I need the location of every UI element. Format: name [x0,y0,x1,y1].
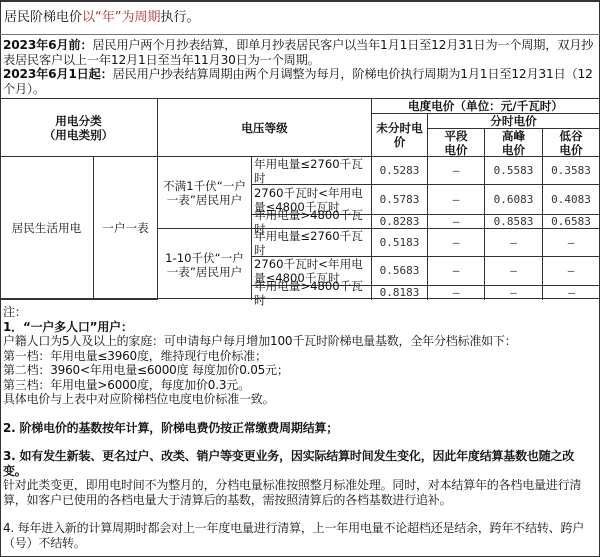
non-tou-price: 0.5683 [372,257,428,286]
title-highlight: 以“年”为周期 [82,10,160,25]
note-3-title: 3. 如有发生新装、更名过户、改类、销户等变更业务，因实际结算时间发生变化，因此… [3,449,597,478]
valley-price: 0.6583 [543,215,600,229]
title-text: 居民阶梯电价 [4,10,82,25]
intro-text: 居民用户两个月抄表结算，即单月抄表居民客户以当年1月1日至12月31日为一个周期… [3,38,593,67]
valley-price: — [543,257,600,286]
flat-price: — [428,257,485,286]
note-4: 4. 每年进入新的计算周期时都会对上一年度电量进行清算，上一年用电量不论超档还是… [3,521,597,550]
voltage-group-1: 不满1千伏“一户一表”居民用户 [158,157,252,229]
non-tou-price: 0.8283 [372,215,428,229]
peak-price: 0.8583 [485,215,543,229]
spacer [3,407,597,421]
subcategory-cell: 一户一表 [94,157,158,300]
note-2: 2. 阶梯电价的基数按年计算，阶梯电费仍按正常缴费周期结算； [3,421,597,436]
flat-price: — [428,215,485,229]
valley-price: 0.4083 [543,185,600,215]
peak-price: 0.6083 [485,185,543,215]
header-price-group: 电度电价（单位：元/千瓦时） [372,99,600,114]
flat-price: — [428,157,485,185]
tier-cell: 年用电量>4800千瓦时 [252,286,372,300]
header-category: 用电分类 （用电类别） [0,99,158,157]
tier-cell: 年用电量≤2760千瓦时 [252,157,372,185]
title-suffix: 执行。 [161,10,200,25]
header-valley: 低谷电价 [543,129,600,157]
non-tou-price: 0.5783 [372,185,428,215]
peak-price: 0.5583 [485,157,543,185]
note-1-title: 1．“一户多人口”用户： [3,320,597,335]
header-voltage: 电压等级 [158,99,372,157]
voltage-group-2: 1-10千伏“一户一表”居民用户 [158,229,252,300]
tier-cell: 年用电量>4800千瓦时 [252,215,372,229]
intro-paragraph-after: 2023年6月1日起：居民用户抄表结算周期由两个月调整为每月，阶梯电价执行周期为… [3,67,597,96]
intro-section: 2023年6月前：居民用户两个月抄表结算，即单月抄表居民客户以当年1月1日至12… [0,36,600,98]
spacer [3,435,597,449]
non-tou-price: 0.8183 [372,286,428,300]
flat-price: — [428,229,485,257]
intro-date-label: 2023年6月1日起： [3,67,113,81]
flat-price: — [428,185,485,215]
valley-price: 0.3583 [543,157,600,185]
non-tou-price: 0.5283 [372,157,428,185]
valley-price: — [543,286,600,300]
valley-price: — [543,229,600,257]
header-non-tou: 未分时电价 [372,114,428,157]
intro-paragraph-before: 2023年6月前：居民用户两个月抄表结算，即单月抄表居民客户以当年1月1日至12… [3,38,597,67]
note-1-line: 第三档：年用电量>6000度，每度加价0.3元。 [3,378,597,393]
peak-price: — [485,286,543,300]
header-tou-group: 分时电价 [428,114,600,129]
peak-price: — [485,257,543,286]
note-3-text: 针对此类变更，即用电时间不为整月的，分档电量标准按照整月标准处理。同时，对本结算… [3,478,597,507]
peak-price: — [485,229,543,257]
note-1-line: 户籍人口为5人及以上的家庭：可申请每户每月增加100千瓦时阶梯电量基数，全年分档… [3,334,597,349]
header-flat: 平段电价 [428,129,485,157]
note-1-line: 第二档：3960<年用电量≤6000度 每度加价0.05元； [3,363,597,378]
header-peak: 高峰电价 [485,129,543,157]
non-tou-price: 0.5183 [372,229,428,257]
page-title: 居民阶梯电价以“年”为周期执行。 [0,2,600,35]
notes-heading: 注： [3,305,597,320]
intro-date-label: 2023年6月前： [3,38,92,52]
flat-price: — [428,286,485,300]
tier-cell: 年用电量≤2760千瓦时 [252,229,372,257]
notes-section: 注： 1．“一户多人口”用户： 户籍人口为5人及以上的家庭：可申请每户每月增加1… [0,301,600,554]
price-table: 用电分类 （用电类别） 电压等级 电度电价（单位：元/千瓦时） 未分时电价 分时… [0,98,600,299]
note-1-line: 第一档：年用电量≤3960度，维持现行电价标准； [3,349,597,364]
spacer [3,507,597,521]
category-cell: 居民生活用电 [0,157,94,300]
note-1-line: 具体电价与上表中对应阶梯档位电度电价标准一致。 [3,392,597,407]
